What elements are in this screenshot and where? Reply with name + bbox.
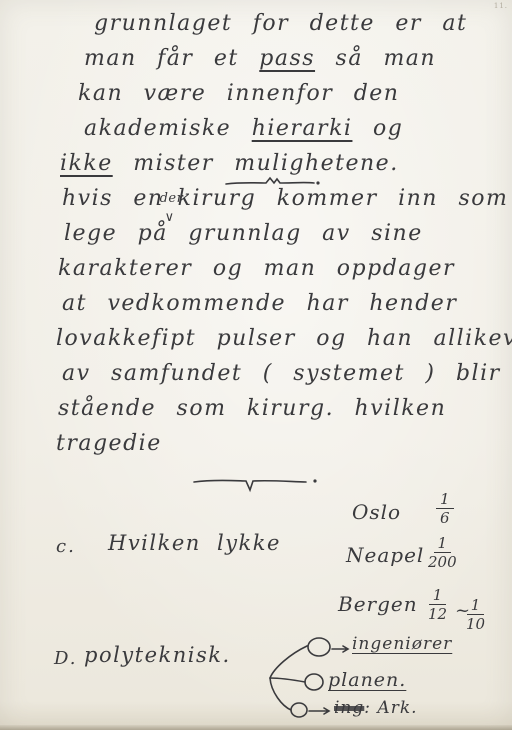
note-polyteknisk: polyteknisk. [84,643,231,667]
underlined-word: ikke [60,151,113,176]
city-label-neapel: Neapel [346,543,424,567]
struck-word: ing [334,698,364,718]
line-text: lege på grunnlag av sine [64,221,423,246]
manuscript-line: karakterer og man oppdager [58,251,486,286]
fraction-denominator: 200 [428,553,457,571]
node-circle-1 [308,638,330,656]
manuscript-line: man får et pass så man [84,41,486,76]
fraction-denominator: 10 [466,615,485,633]
line-text: akademiske [84,116,252,141]
line-text: karakterer og man oppdager [58,256,455,281]
manuscript-line: stående som kirurg. hvilken [58,391,486,426]
line-text: kirurg kommer inn som [178,186,509,211]
node-circle-3 [291,703,307,717]
list-marker-d: D. [54,648,78,669]
arrow-icon [332,646,348,652]
fork-branch-ingeniorer: ingeniører [352,634,452,654]
fraction-numerator: 1 [436,491,454,509]
underlined-word: hierarki [252,116,353,141]
line-text: så man [315,46,436,71]
fraction-denominator: 6 [440,509,450,527]
line-text: av samfundet ( systemet ) blir [62,361,501,386]
line-text: stående som kirurg. hvilken [58,396,446,421]
manuscript-line: at vedkommende har hender [62,286,486,321]
section-divider [190,474,320,494]
line-text: og [352,116,403,141]
fork-branch-planen: planen. [328,669,406,691]
manuscript-line: lovakkefipt pulser og han allikevel [56,321,486,356]
fraction-oslo: 1 6 [436,491,454,528]
manuscript-paragraph: grunnlaget for dette er at man får et pa… [56,6,486,461]
manuscript-line: grunnlaget for dette er at [94,6,486,41]
fraction-neapel: 1 200 [428,535,457,572]
fork-branch-ark: ing: Ark. [334,698,418,718]
fork-branch-ark-text: : Ark. [364,698,417,718]
list-marker-c: c. [56,536,76,557]
manuscript-line: av samfundet ( systemet ) blir [62,356,486,391]
emphasis-stroke [224,174,324,188]
fraction-numerator: 1 [467,597,485,615]
line-text: tragedie [56,431,162,456]
fraction-numerator: 1 [429,587,447,605]
underlined-word: pass [259,46,315,71]
manuscript-line: lege på grunnlag av sine [64,216,486,251]
line-text: grunnlaget for dette er at [94,11,467,36]
line-text: lovakkefipt pulser og han allikevel [56,326,512,351]
line-text: kan være innenfor den [78,81,399,106]
page-edge-shadow [0,725,512,730]
fraction-bergen-high: 1 10 [466,597,485,634]
note-hvilken-lykke: Hvilken lykke [108,531,281,555]
manuscript-line: kan være innenfor den [78,76,486,111]
fraction-numerator: 1 [434,535,452,553]
line-text: man får et [84,46,259,71]
node-circle-2 [305,674,323,690]
line-text: at vedkommende har hender [62,291,457,316]
line-text: mister mulighetene. [113,151,399,176]
manuscript-page: 11. grunnlaget for dette er at man får e… [0,0,512,730]
city-label-bergen: Bergen [338,592,418,616]
arrow-icon [309,708,329,714]
caret-icon: ∨ [165,211,176,224]
city-label-oslo: Oslo [352,500,401,524]
line-text: hvis en [62,186,164,211]
inserted-word: der [160,192,184,205]
fraction-bergen-low: 1 12 [428,587,447,624]
manuscript-line: tragedie [56,426,486,461]
page-number: 11. [494,2,508,10]
fraction-denominator: 12 [428,605,447,623]
manuscript-line: akademiske hierarki og [84,111,486,146]
